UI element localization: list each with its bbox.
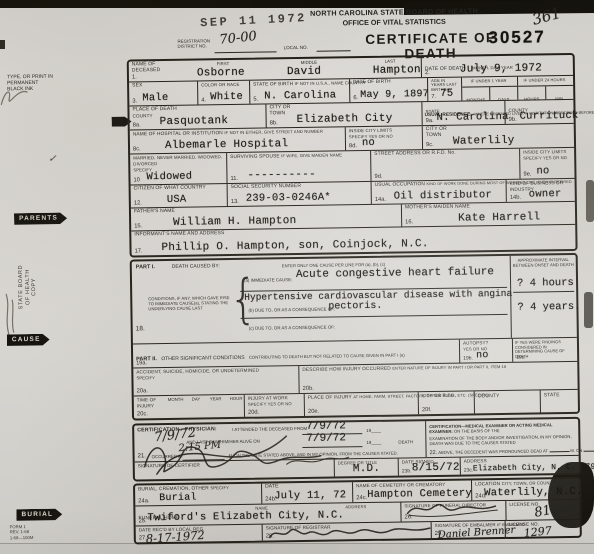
received-value: 8-17-1972 xyxy=(145,528,205,546)
interval-label-2: BETWEEN ONSET AND DEATH xyxy=(511,262,576,268)
field-residence-county: COUNTY 9b. Currituck xyxy=(505,100,573,124)
interval-column: APPROXIMATE INTERVAL BETWEEN ONSET AND D… xyxy=(511,255,577,338)
under-24hr-label: IF UNDER 24 HOURS xyxy=(518,76,573,84)
residence-icl-sublabel: SPECIFY YES OR NO xyxy=(520,155,574,162)
field-residence-state: USUAL RESIDENCE WHERE DECEASED LIVED. IF… xyxy=(422,101,505,125)
age-number: 7. xyxy=(431,94,436,100)
degree-value: M.D. xyxy=(353,463,381,475)
certificate-serial-number: 30527 xyxy=(488,27,546,48)
time-col-hour: HOUR xyxy=(230,396,243,401)
accident-number: 20a. xyxy=(137,388,148,394)
father-number: 15. xyxy=(134,223,142,229)
interval-b-value: ? 4 years. xyxy=(517,301,580,314)
copy-designation-vertical: STATE BOARD OF HEALTH COPY xyxy=(18,252,39,322)
me-t4: M. ON xyxy=(570,448,582,453)
how-label: DESCRIBE HOW INJURY OCCURRED xyxy=(302,367,391,373)
industry-value: owner xyxy=(529,188,562,200)
identity-section: NAME OF DECEASED FIRST MIDDLE LAST 1. Os… xyxy=(127,53,578,258)
father-value: William H. Hampton xyxy=(173,215,296,229)
due-to-b-label: (b) DUE TO, OR AS A CONSEQUENCE OF: xyxy=(248,306,335,312)
hospital-value: Albemarle Hospital xyxy=(165,138,288,152)
funeral-home-number: 25. xyxy=(139,518,147,524)
informant-value: Phillip O. Hampton, son, Coinjock, N.C. xyxy=(161,238,428,254)
field-embalmer-license: LICENSE NO. 1297 xyxy=(506,520,580,537)
how-sublabel: ENTER NATURE OF INJURY IN PART I OR PART… xyxy=(392,364,506,371)
findings-number: 19c. xyxy=(516,355,526,361)
field-color-or-race: COLOR OR RACE 4. White xyxy=(198,81,250,105)
field-occupation: USUAL OCCUPATION KIND OF WORK DONE DURIN… xyxy=(372,180,507,204)
dob-number: 6. xyxy=(353,95,358,101)
field-date-received: DATE REC'D BY LOCAL REG. 27. 8-17-1972 xyxy=(136,525,263,543)
birth-state-value: N. Carolina xyxy=(264,89,336,102)
field-sex: SEX 3. Male xyxy=(129,81,198,105)
registrar-signature xyxy=(266,521,434,545)
hospital-sublabel: IF NOT IN EITHER, GIVE STREET AND NUMBER xyxy=(224,129,323,135)
field-residence-street: STREET ADDRESS OR R.F.D. No. 9d. xyxy=(371,149,520,181)
address-value: Elizabeth City, N. C. 27909 xyxy=(473,462,594,473)
residence-state-number: 9a. xyxy=(426,118,434,124)
name-last-value: Hampton xyxy=(373,64,421,77)
under-1yr-months-cell: MONTHS xyxy=(462,87,490,100)
registration-district-number: 70-00 xyxy=(219,29,258,48)
field-father-name: FATHER'S NAME 15. William H. Hampton xyxy=(131,204,402,230)
field-age: AGE IN YEARS LAST BIRTHDAY 7. 75 xyxy=(428,78,462,102)
part1-cell: PART I. DEATH CAUSED BY: ENTER ONLY ONE … xyxy=(132,256,512,344)
race-value: White xyxy=(210,91,243,103)
license1-value: 81 xyxy=(533,503,552,521)
dod-number: 2. xyxy=(425,70,430,76)
death-city-label: CITY OR TOWN xyxy=(266,104,297,117)
field-injury-at-work: INJURY AT WORK SPECIFY YES OR NO 20d. xyxy=(245,394,305,417)
me-title-wrap: CERTIFICATION—MEDICAL EXAMINER OR ACTING… xyxy=(429,422,575,434)
me-blank-2 xyxy=(584,447,594,452)
physician-y1: 19____ xyxy=(366,428,381,433)
field-citizen: CITIZEN OF WHAT COUNTRY 12. USA xyxy=(131,184,228,207)
ssn-value: 239-03-0246A* xyxy=(246,192,331,205)
injury-county-label: COUNTY xyxy=(475,390,540,400)
injury-city-number: 20f. xyxy=(422,407,432,413)
citizen-label: CITIZEN OF WHAT COUNTRY xyxy=(131,184,227,192)
field-certifier-address: ADDRESS 23c. Elizabeth City, N. C. 27909 xyxy=(461,456,579,475)
name-col-first: FIRST xyxy=(217,61,229,66)
due-to-c-label: (c) DUE TO, OR AS A CONSEQUENCE OF: xyxy=(249,324,336,330)
field-director-license: LICENSE NO. 81 xyxy=(506,500,579,520)
certifier-signature xyxy=(136,429,355,480)
sex-value: Male xyxy=(142,92,168,104)
side-tag-parents: PARENTS xyxy=(14,212,67,224)
me-t2: EXAMINATION OF THE BODY AND/OR INVESTIGA… xyxy=(429,434,575,446)
age-value: 75 xyxy=(440,88,453,100)
interval-divider xyxy=(513,291,574,293)
hospital-label: NAME OF HOSPITAL OR INSTITUTION xyxy=(133,131,223,137)
field-injury-county: COUNTY xyxy=(475,390,541,413)
funeral-director-signature xyxy=(403,498,503,519)
dod-value: July 9, 1972 xyxy=(460,62,542,75)
part2-label-wrap: PART II. OTHER SIGNIFICANT CONDITIONS CO… xyxy=(136,343,454,366)
under-24hr-min-cell: MIN. xyxy=(546,86,573,99)
occupation-value: Oil distributor xyxy=(394,189,492,202)
field-if-under-1-year: IF UNDER 1 YEAR MONTHS DAYS xyxy=(462,77,518,101)
spouse-label: SURVIVING SPOUSE xyxy=(230,154,280,160)
death-icl-sublabel: SPECIFY YES OR NO xyxy=(346,133,422,140)
residence-state-value: N. Carolina xyxy=(437,111,509,124)
field-cemetery-location: LOCATION CITY, TOWN, OR COUNTY STATE 24d… xyxy=(472,479,579,501)
field-autopsy: AUTOPSY? YES OR NO 19b. no xyxy=(460,339,513,363)
name-col-last: LAST xyxy=(385,59,396,64)
occupation-number: 14a. xyxy=(375,197,386,203)
occupation-label: USUAL OCCUPATION xyxy=(375,182,425,188)
field-if-under-24-hours: IF UNDER 24 HOURS HOURS MIN. xyxy=(518,76,573,100)
death-icl-value: no xyxy=(362,137,375,149)
birth-state-number: 5. xyxy=(253,97,258,103)
registration-underline xyxy=(215,51,277,53)
under-1yr-label: IF UNDER 1 YEAR xyxy=(462,77,517,85)
field-burial-type: BURIAL, CREMATION, OTHER SPECIFY 24a. Bu… xyxy=(135,484,262,506)
side-tag-burial: BURIAL xyxy=(16,509,62,521)
time-injury-number: 20c. xyxy=(137,411,148,417)
residence-icl-value: no xyxy=(536,165,549,177)
spouse-sublabel: IF WIFE, GIVE MAIDEN NAME xyxy=(281,152,342,158)
immediate-cause-label: (a) IMMEDIATE CAUSE: xyxy=(244,277,292,283)
part2-note: CONTRIBUTING TO DEATH BUT NOT RELATED TO… xyxy=(249,352,405,359)
birth-state-label-wrap: STATE OF BIRTH IF NOT IN U.S.A., NAME CO… xyxy=(250,79,349,88)
injury-state-label: STATE xyxy=(541,390,578,399)
sex-label: SEX xyxy=(129,82,197,90)
cause-line-a-value: Acute congestive heart failure xyxy=(296,266,494,281)
field-mother-maiden-name: MOTHER'S MAIDEN NAME 16. Kate Harrell xyxy=(402,202,575,227)
physician-t3: DEATH xyxy=(398,439,413,444)
cemetery-number: 24c. xyxy=(356,495,367,501)
time-col-year: YEAR xyxy=(210,396,222,401)
certificate-paper: 361 SEP 11 1972 REGISTRATION DISTRICT NO… xyxy=(0,0,594,554)
name-middle-value: David xyxy=(287,66,321,79)
dob-value: May 9, 1897 xyxy=(360,89,429,101)
field-place-of-injury: PLACE OF INJURY AT HOME, FARM, STREET, F… xyxy=(305,392,419,416)
margin-scribble-2 xyxy=(0,290,19,338)
burial-label-wrap: BURIAL, CREMATION, OTHER SPECIFY xyxy=(135,484,261,494)
org-header: NORTH CAROLINA STATE BOARD OF HEALTH OFF… xyxy=(288,6,500,28)
field-accident-type: ACCIDENT, SUICIDE, HOMICIDE, OR UNDETERM… xyxy=(133,366,299,395)
field-autopsy-findings: IF YES WERE FINDINGS CONSIDERED IN DETER… xyxy=(513,338,577,362)
autopsy-value: no xyxy=(476,350,489,361)
funeral-home-sub2: ADDRESS xyxy=(345,504,366,509)
field-hospital: NAME OF HOSPITAL OR INSTITUTION IF NOT I… xyxy=(130,127,346,153)
work-sublabel: SPECIFY YES OR NO xyxy=(245,401,304,408)
handwritten-page-number: 361 xyxy=(530,4,562,29)
marital-number: 10 xyxy=(133,177,140,183)
name-number: 1. xyxy=(132,74,137,80)
occupation-label-wrap: USUAL OCCUPATION KIND OF WORK DONE DURIN… xyxy=(372,180,506,189)
field-residence-city: CITY OR TOWN 9c. Waterlily xyxy=(423,124,574,149)
marital-value: Widowed xyxy=(146,171,192,184)
time-injury-label: TIME OF INJURY xyxy=(134,396,167,409)
burial-label: BURIAL, CREMATION, OTHER xyxy=(138,486,209,492)
residence-street-number: 9d. xyxy=(374,174,382,180)
mother-value: Kate Harrell xyxy=(458,211,540,224)
burial-value: Burial xyxy=(159,493,197,505)
residence-county-number: 9b. xyxy=(509,117,517,123)
field-state-of-birth: STATE OF BIRTH IF NOT IN U.S.A., NAME CO… xyxy=(250,79,350,103)
ssn-label: SOCIAL SECURITY NUMBER xyxy=(228,182,371,191)
field-death-inside-city-limits: INSIDE CITY LIMITS SPECIFY YES OR NO 8d.… xyxy=(346,126,423,150)
license2-value: 1297 xyxy=(523,524,552,540)
spouse-value: ---------- xyxy=(247,169,316,182)
under-24hr-subcells: HOURS MIN. xyxy=(518,85,573,100)
residence-icl-number: 9e. xyxy=(523,172,531,178)
row-part1: PART I. DEATH CAUSED BY: ENTER ONLY ONE … xyxy=(132,255,577,345)
under-1yr-subcells: MONTHS DAYS xyxy=(462,86,517,101)
field-marital-status: MARRIED, NEVER MARRIED, WIDOWED, DIVORCE… xyxy=(130,153,227,184)
death-city-number: 8b. xyxy=(270,120,278,126)
burial-sublabel: SPECIFY xyxy=(210,485,229,490)
residence-city-value: Waterlily xyxy=(453,135,515,148)
field-death-county: PLACE OF DEATH COUNTY 8a. Pasquotank xyxy=(129,104,266,129)
interval-a-value: ? 4 hours xyxy=(517,277,574,290)
org-line-2: OFFICE OF VITAL STATISTICS xyxy=(288,16,500,28)
name-first-value: Osborne xyxy=(197,67,245,80)
field-burial-date: DATE 24b. July 11, 72 xyxy=(262,482,353,503)
name-col-middle: MIDDLE xyxy=(301,60,317,65)
field-death-city: CITY OR TOWN 8b. Elizabeth City xyxy=(266,102,422,127)
field-date-of-birth: DATE OF BIRTH 6. May 9, 1897 xyxy=(350,78,428,102)
citizen-value: USA xyxy=(167,194,187,206)
conditions-note: CONDITIONS, IF ANY, WHICH GAVE RISE TO I… xyxy=(148,296,232,312)
death-city-value: Elizabeth City xyxy=(297,113,393,126)
part2-title: OTHER SIGNIFICANT CONDITIONS xyxy=(161,355,244,362)
me-t3: ABOVE, THE DECEDENT WAS PRONOUNCED DEAD … xyxy=(438,448,548,455)
spouse-number: 11. xyxy=(230,176,238,182)
registration-district-label: REGISTRATION DISTRICT NO. xyxy=(177,38,210,48)
location-sub1: CITY, TOWN, OR COUNTY xyxy=(502,480,556,486)
medical-examiner-cell: CERTIFICATION—MEDICAL EXAMINER OR ACTING… xyxy=(426,419,579,457)
dob-label: DATE OF BIRTH xyxy=(350,78,427,86)
physician-y2: 19____ xyxy=(366,440,381,445)
field-industry: KIND OF BUSINESS OR INDUSTRY 14b. owner xyxy=(507,179,575,202)
injury-city-label: CITY OR R.F.D. xyxy=(419,391,474,399)
part1-item-number: 18. xyxy=(136,325,145,332)
margin-scribble-1 xyxy=(0,84,31,111)
date-signed-number: 23b. xyxy=(402,468,412,474)
how-number: 20b. xyxy=(303,386,314,392)
field-time-of-injury: TIME OF INJURY MONTH DAY YEAR HOUR 20c. xyxy=(134,395,245,419)
local-no-label: LOCAL NO. xyxy=(284,45,308,50)
me-t1: ON THE BASIS OF THE xyxy=(454,428,500,434)
citizen-number: 12. xyxy=(134,200,142,206)
spouse-label-wrap: SURVIVING SPOUSE IF WIFE, GIVE MAIDEN NA… xyxy=(227,151,370,161)
field-residence-inside-city-limits: INSIDE CITY LIMITS SPECIFY YES OR NO 9e.… xyxy=(520,148,574,179)
residence-city-label: CITY OR TOWN xyxy=(423,126,454,139)
sex-number: 3. xyxy=(132,98,137,104)
me-line3: 22. ABOVE, THE DECEDENT WAS PRONOUNCED D… xyxy=(430,446,594,456)
death-county-number: 8a. xyxy=(133,122,141,128)
place-number: 20e. xyxy=(308,409,319,415)
field-injury-city: CITY OR R.F.D. 20f. xyxy=(419,391,475,414)
place-label: PLACE OF INJURY xyxy=(308,395,352,401)
time-col-month: MONTH xyxy=(168,397,184,402)
ssn-number: 13. xyxy=(231,199,239,205)
under-1yr-days-cell: DAYS xyxy=(490,87,517,100)
autopsy-number: 19b. xyxy=(463,355,473,361)
residence-street-label: STREET ADDRESS OR R.F.D. No. xyxy=(371,149,519,158)
field-date-signed: DATE SIGNED 23b. 8/15/72 xyxy=(399,458,461,476)
industry-number: 14b. xyxy=(510,195,521,201)
cause-of-death-section: PART I. DEATH CAUSED BY: ENTER ONLY ONE … xyxy=(130,253,580,421)
race-label: COLOR OR RACE xyxy=(198,81,249,89)
scanned-death-certificate: 361 SEP 11 1972 REGISTRATION DISTRICT NO… xyxy=(0,0,594,554)
time-col-day: DAY xyxy=(192,396,201,401)
date-signed-value: 8/15/72 xyxy=(412,462,460,475)
informant-number: 17. xyxy=(135,248,143,254)
part1-title: DEATH CAUSED BY: xyxy=(172,263,220,270)
field-surviving-spouse: SURVIVING SPOUSE IF WIFE, GIVE MAIDEN NA… xyxy=(227,151,371,183)
birth-state-label: STATE OF BIRTH xyxy=(253,82,293,88)
mother-label: MOTHER'S MAIDEN NAME xyxy=(402,202,575,211)
residence-city-number: 9c. xyxy=(426,142,434,148)
death-county-value: Pasquotank xyxy=(160,115,229,128)
burial-date-value: July 11, 72 xyxy=(274,489,346,502)
burial-number: 24a. xyxy=(138,498,149,504)
part2-cell: PART II. OTHER SIGNIFICANT CONDITIONS CO… xyxy=(133,340,460,368)
me-blank-1 xyxy=(549,447,569,452)
me-number: 22. xyxy=(430,450,438,456)
place-label-wrap: PLACE OF INJURY AT HOME, FARM, STREET, F… xyxy=(305,392,418,401)
field-injury-state: STATE xyxy=(541,390,578,413)
form-number-note: FORM 1 REV. 1-68 1-68—100M xyxy=(10,524,34,541)
margin-check-mark: ✓ xyxy=(48,154,57,165)
field-date-of-death: DATE OF DEATH MONTH, DAY, YEAR 2. July 9… xyxy=(422,55,573,77)
field-embalmer-signature: SIGNATURE OF EMBALMER IF EMBALMED 29. Da… xyxy=(432,521,506,538)
race-number: 4. xyxy=(201,97,206,103)
location-sub2: STATE xyxy=(557,480,570,485)
work-number: 20d. xyxy=(248,410,259,416)
interval-label-wrap: APPROXIMATE INTERVAL BETWEEN ONSET AND D… xyxy=(511,255,576,268)
residence-county-value: Currituck xyxy=(520,110,579,123)
part2-number: 19a. xyxy=(136,360,147,366)
name-label: NAME OF DECEASED xyxy=(129,61,176,74)
hospital-number: 8c. xyxy=(133,146,141,152)
form-note-line3: 1-68—100M xyxy=(10,535,34,541)
copy-line3: COPY xyxy=(31,252,39,322)
under-24hr-hours-cell: HOURS xyxy=(518,86,546,99)
mother-number: 16. xyxy=(405,219,413,225)
field-how-injury-occurred: DESCRIBE HOW INJURY OCCURRED ENTER NATUR… xyxy=(299,362,577,393)
registration-label-line2: DISTRICT NO. xyxy=(177,43,210,48)
part1-label: PART I. xyxy=(136,264,155,270)
cause-line-b2-value: pectoris. xyxy=(328,301,382,313)
field-ssn: SOCIAL SECURITY NUMBER 13. 239-03-0246A* xyxy=(228,182,372,206)
cause-line-b-rule xyxy=(241,314,508,319)
death-icl-number: 8d. xyxy=(349,143,357,149)
